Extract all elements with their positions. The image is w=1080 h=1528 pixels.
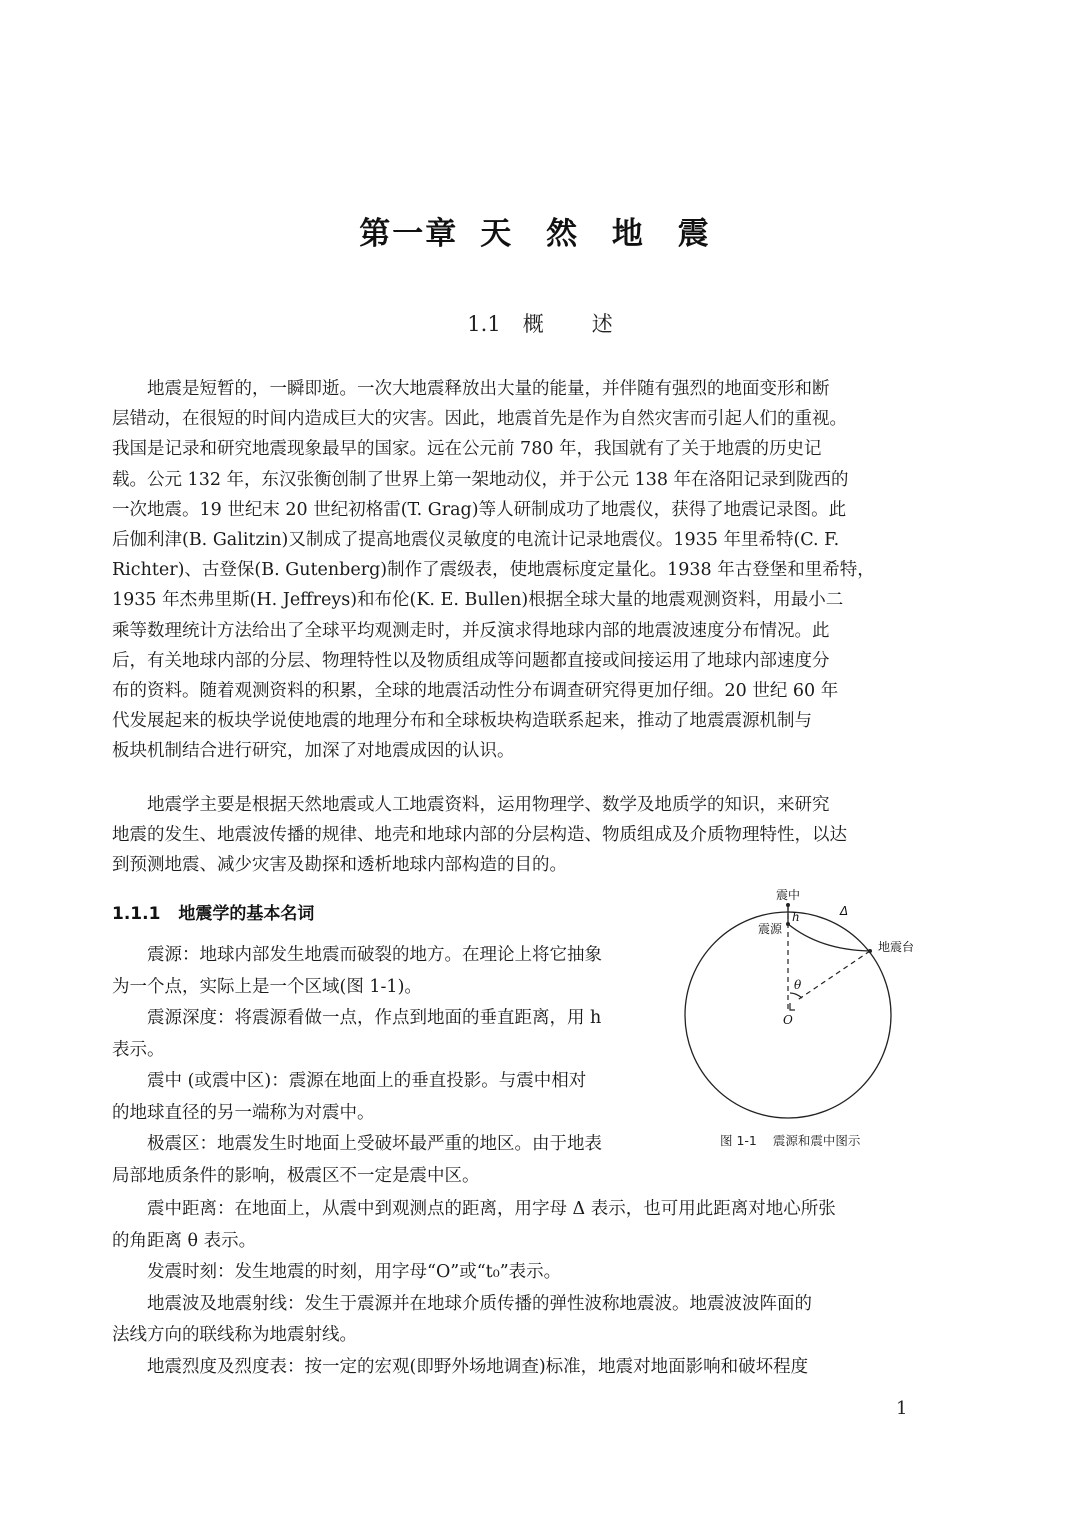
chapter-name: 天 然 地 震: [480, 216, 720, 252]
earth-cross-section-diagram: [680, 880, 940, 1160]
text-line: 后，有关地球内部的分层、物理特性以及物质组成等问题都直接或间接运用了地球内部速度…: [112, 646, 932, 676]
text-line: 布的资料。随着观测资料的积累，全球的地震活动性分布调查研究得更加仔细。20 世纪…: [112, 676, 932, 706]
page-number: 1: [896, 1398, 907, 1419]
text-line: 层错动，在很短的时间内造成巨大的灾害。因此，地震首先是作为自然灾害而引起人们的重…: [112, 404, 932, 434]
text-line: 震中距离：在地面上，从震中到观测点的距离，用字母 Δ 表示，也可用此距离对地心所…: [112, 1194, 932, 1226]
subsection-number: 1.1.1: [112, 904, 160, 924]
figure-caption: 图 1-1震源和震中图示: [720, 1131, 860, 1149]
text-line: 表示。: [112, 1035, 677, 1067]
book-page: 第一章天 然 地 震 1.1概述 地震是短暂的，一瞬即逝。一次大地震释放出大量的…: [0, 0, 1080, 1528]
figure-number: 图 1-1: [720, 1133, 757, 1148]
text-line: 为一个点，实际上是一个区域(图 1-1)。: [112, 972, 677, 1004]
text-line: 乘等数理统计方法给出了全球平均观测走时，并反演求得地球内部的地震波速度分布情况。…: [112, 616, 932, 646]
text-line: 代发展起来的板块学说使地震的地理分布和全球板块构造联系起来，推动了地震震源机制与: [112, 706, 932, 736]
label-station: 地震台: [878, 938, 914, 955]
term-focus: 震源：地球内部发生地震而破裂的地方。在理论上将它抽象 为一个点，实际上是一个区域…: [112, 940, 677, 1003]
subsection-title: 地震学的基本名词: [178, 904, 314, 924]
text-line: 地震波及地震射线：发生于震源并在地球介质传播的弹性波称地震波。地震波波阵面的: [112, 1289, 932, 1321]
text-line: 板块机制结合进行研究，加深了对地震成因的认识。: [112, 736, 932, 766]
section-title-part2: 述: [592, 312, 613, 336]
text-line: Richter)、古登保(B. Gutenberg)制作了震级表，使地震标度定量…: [112, 555, 932, 585]
term-epicentral-distance: 震中距离：在地面上，从震中到观测点的距离，用字母 Δ 表示，也可用此距离对地心所…: [112, 1194, 932, 1257]
text-line: 震源深度：将震源看做一点，作点到地面的垂直距离，用 h: [112, 1003, 677, 1035]
text-line: 局部地质条件的影响，极震区不一定是震中区。: [112, 1161, 677, 1193]
text-line: 地震烈度及烈度表：按一定的宏观(即野外场地调查)标准，地震对地面影响和破坏程度: [112, 1352, 932, 1384]
text-line: 1935 年杰弗里斯(H. Jeffreys)和布伦(K. E. Bullen)…: [112, 585, 932, 615]
text-line: 载。公元 132 年，东汉张衡创制了世界上第一架地动仪，并于公元 138 年在洛…: [112, 465, 932, 495]
subsection-heading: 1.1.1地震学的基本名词: [112, 899, 314, 924]
label-distance: Δ: [840, 904, 848, 918]
text-line: 的角距离 θ 表示。: [112, 1226, 932, 1258]
terms-beside-figure: 震源：地球内部发生地震而破裂的地方。在理论上将它抽象 为一个点，实际上是一个区域…: [112, 940, 677, 1192]
intro-paragraph-1: 地震是短暂的，一瞬即逝。一次大地震释放出大量的能量，并伴随有强烈的地面变形和断 …: [112, 374, 932, 767]
text-line: 震中 (或震中区)：震源在地面上的垂直投影。与震中相对: [112, 1066, 677, 1098]
section-title-part1: 概: [523, 312, 544, 336]
term-seismic-wave: 地震波及地震射线：发生于震源并在地球介质传播的弹性波称地震波。地震波波阵面的 法…: [112, 1289, 932, 1352]
term-focal-depth: 震源深度：将震源看做一点，作点到地面的垂直距离，用 h 表示。: [112, 1003, 677, 1066]
label-earth-center: O: [783, 1013, 793, 1027]
text-line: 法线方向的联线称为地震射线。: [112, 1320, 932, 1352]
text-line: 后伽利津(B. Galitzin)又制成了提高地震仪灵敏度的电流计记录地震仪。1…: [112, 525, 932, 555]
text-line: 一次地震。19 世纪末 20 世纪初格雷(T. Grag)等人研制成功了地震仪，…: [112, 495, 932, 525]
terms-full-width: 震中距离：在地面上，从震中到观测点的距离，用字母 Δ 表示，也可用此距离对地心所…: [112, 1194, 932, 1383]
label-angle: θ: [794, 978, 801, 992]
term-meizoseismal-area: 极震区：地震发生时地面上受破坏最严重的地区。由于地表 局部地质条件的影响，极震区…: [112, 1129, 677, 1192]
text-line: 震源：地球内部发生地震而破裂的地方。在理论上将它抽象: [112, 940, 677, 972]
text-line: 我国是记录和研究地震现象最早的国家。远在公元前 780 年，我国就有了关于地震的…: [112, 434, 932, 464]
section-number: 1.1: [467, 312, 500, 336]
text-line: 地震是短暂的，一瞬即逝。一次大地震释放出大量的能量，并伴随有强烈的地面变形和断: [112, 374, 932, 404]
text-line: 极震区：地震发生时地面上受破坏最严重的地区。由于地表: [112, 1129, 677, 1161]
text-line: 地震学主要是根据天然地震或人工地震资料，运用物理学、数学及地质学的知识，来研究: [112, 790, 932, 820]
intro-paragraph-2: 地震学主要是根据天然地震或人工地震资料，运用物理学、数学及地质学的知识，来研究 …: [112, 790, 932, 881]
label-epicenter: 震中: [776, 886, 800, 903]
term-origin-time: 发震时刻：发生地震的时刻，用字母“O”或“t₀”表示。: [112, 1257, 932, 1289]
term-intensity: 地震烈度及烈度表：按一定的宏观(即野外场地调查)标准，地震对地面影响和破坏程度: [112, 1352, 932, 1384]
label-focus: 震源: [758, 920, 782, 937]
figure-caption-text: 震源和震中图示: [773, 1133, 861, 1148]
term-epicenter: 震中 (或震中区)：震源在地面上的垂直投影。与震中相对 的地球直径的另一端称为对…: [112, 1066, 677, 1129]
chapter-title: 第一章天 然 地 震: [0, 208, 1080, 253]
text-line: 地震的发生、地震波传播的规律、地壳和地球内部的分层构造、物质组成及介质物理特性，…: [112, 820, 932, 850]
chapter-number: 第一章: [359, 216, 458, 252]
section-title: 1.1概述: [0, 308, 1080, 338]
figure-focus-epicenter: 震中 h 震源 Δ 地震台 θ O: [680, 880, 940, 1160]
text-line: 发震时刻：发生地震的时刻，用字母“O”或“t₀”表示。: [112, 1257, 932, 1289]
text-line: 到预测地震、减少灾害及勘探和透析地球内部构造的目的。: [112, 850, 932, 880]
text-line: 的地球直径的另一端称为对震中。: [112, 1098, 677, 1130]
label-depth: h: [792, 910, 800, 924]
